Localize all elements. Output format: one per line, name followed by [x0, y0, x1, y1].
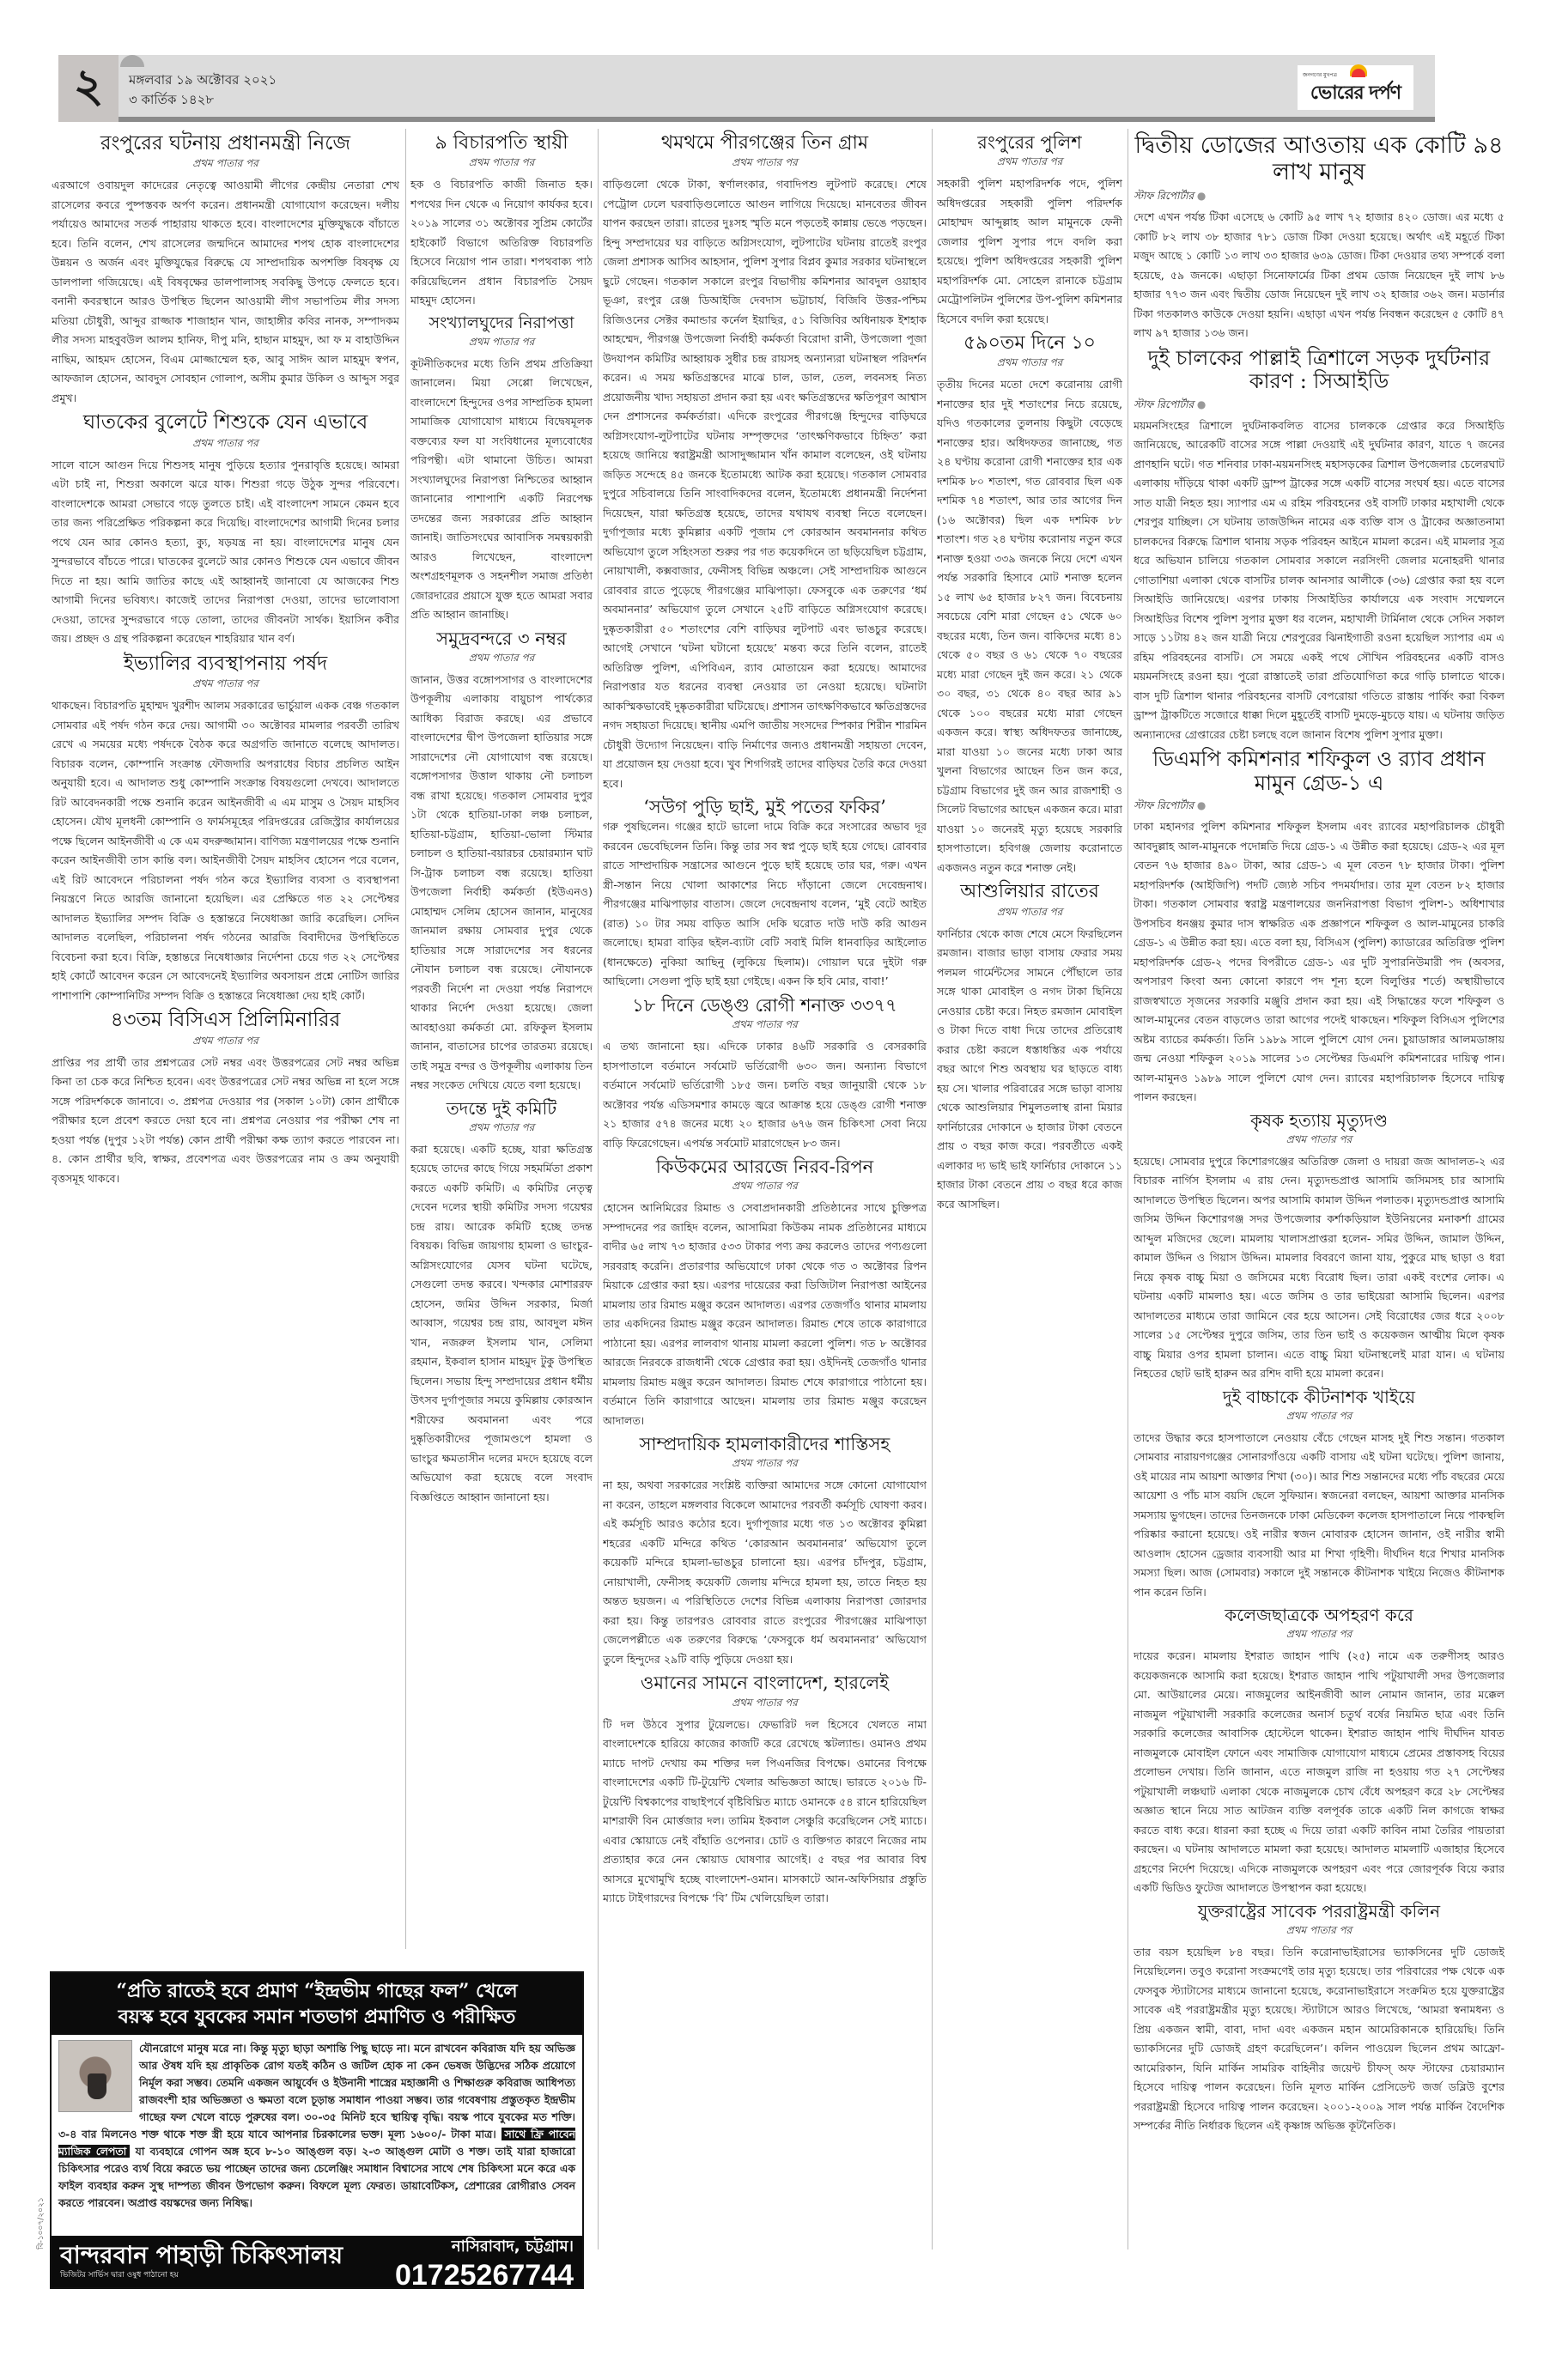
ad-clinic-name: বান্দরবান পাহাড়ী চিকিৎসালয় [60, 2243, 343, 2268]
article-body: দেশে এখন পর্যন্ত টিকা এসেছে ৬ কোটি ৯৫ লা… [1134, 208, 1504, 343]
headline[interactable]: সাম্প্রদায়িক হামলাকারীদের শাস্তিসহ [603, 1434, 927, 1454]
logo-name: ভোরের দর্পণ [1310, 78, 1401, 110]
continued-label: প্রথম পাতার পর [1134, 1409, 1504, 1426]
article-body: প্রাপ্তির পর প্রার্থী তার প্রশ্নপত্রের স… [52, 1053, 399, 1189]
newspaper-logo[interactable]: জনগণের মুখপত্র ভোরের দর্পণ [1298, 65, 1413, 110]
headline[interactable]: সংখ্যালঘুদের নিরাপত্তা [410, 314, 593, 333]
article-body: হয়েছে। সোমবার দুপুরে কিশোরগঞ্জের অতিরিক… [1134, 1152, 1504, 1384]
page-curl-decoration [120, 55, 144, 67]
ad-location: নাসিরাবাদ, চট্টগ্রাম। [395, 2234, 574, 2261]
article-body: ফার্নিচার থেকে কাজ শেষে মেসে ফিরছিলেন রম… [937, 925, 1122, 1215]
headline[interactable]: থমথমে পীরগঞ্জের তিন গ্রাম [603, 132, 927, 154]
continued-label: প্রথম পাতার পর [52, 156, 399, 173]
ad-clinic-subtitle: ভিজিটর সার্ভিস দ্বারা ওষুধ পাঠানো হয় [60, 2268, 343, 2281]
article-colin-powell[interactable]: যুক্তরাষ্ট্রের সাবেক পররাষ্ট্রমন্ত্রী কল… [1134, 1902, 1504, 2136]
article-body: কূটনীতিকদের মধ্যে তিনি প্রথম প্রতিক্রিয়… [410, 355, 593, 625]
article-body: জানান, উত্তর বঙ্গোপসাগর ও বাংলাদেশের উপক… [410, 671, 593, 1096]
headline[interactable]: ইভ্যালির ব্যবস্থাপনায় পর্ষদ [52, 653, 399, 675]
article-poison[interactable]: দুই বাচ্চাকে কীটনাশক খাইয়ে প্রথম পাতার … [1134, 1387, 1504, 1603]
article-qcoom[interactable]: কিউকমের আরজে নিরব-রিপন প্রথম পাতার পর হো… [603, 1157, 927, 1430]
article-body: থাকছেন। বিচারপতি মুহাম্মদ খুরশীদ আলম সরক… [52, 696, 399, 1005]
article-trishal[interactable]: দুই চালকের পাল্লাই ত্রিশালে সড়ক দুর্ঘটন… [1134, 347, 1504, 745]
ad-code: বি-১০০৭/২০২১ [34, 2197, 47, 2249]
article-bcs43[interactable]: ৪৩তম বিসিএস প্রিলিমিনারির প্রথম পাতার পর… [52, 1009, 399, 1188]
continued-label: প্রথম পাতার পর [937, 355, 1122, 373]
article-body: ঢাকা মহানগর পুলিশ কমিশনার শফিকুল ইসলাম এ… [1134, 817, 1504, 1108]
article-ashulia[interactable]: আশুলিয়ার রাতের প্রথম পাতার পর ফার্নিচার… [937, 881, 1122, 1214]
column-right: দ্বিতীয় ডোজের আওতায় এক কোটি ৯৪ লাখ মান… [1134, 129, 1504, 2249]
article-body: সালে বাসে আগুন দিয়ে শিশুসহ মানুষ পুড়িয… [52, 456, 399, 649]
article-body: এরআগে ওবায়দুল কাদেরের নেতৃত্বে আওয়ামী … [52, 176, 399, 408]
article-body: বাড়িগুলো থেকে টাকা, স্বর্ণালংকার, গবাদি… [603, 175, 927, 793]
article-soug[interactable]: ‘সউগ পুড়ি ছাই, মুই পতের ফকির’ গরু পুষছি… [603, 797, 927, 992]
headline[interactable]: ঘাতকের বুলেটে শিশুকে যেন এভাবে [52, 411, 399, 434]
column-divider [405, 129, 406, 1949]
article-pm-rangpur[interactable]: রংপুরের ঘটনায় প্রধানমন্ত্রী নিজে প্রথম … [52, 132, 399, 408]
masthead: ২ মঙ্গলবার ১৯ অক্টোবর ২০২১ ৩ কার্তিক ১৪২… [58, 55, 1435, 122]
article-body: তৃতীয় দিনের মতো দেশে করোনায় রোগী শনাক্… [937, 375, 1122, 877]
article-body: তার বয়স হয়েছিল ৮৪ বছর। তিনি করোনাভাইরা… [1134, 1943, 1504, 2136]
issue-dates: মঙ্গলবার ১৯ অক্টোবর ২০২১ ৩ কার্তিক ১৪২৮ [129, 70, 277, 110]
ad-body: যৌনরোগে মানুষ মরে না। কিন্তু মৃত্যু ছাড়… [52, 2035, 582, 2217]
advertisement[interactable]: “প্রতি রাতেই হবে প্রমাণ “ইন্দ্রভীম গাছের… [50, 1971, 584, 2289]
headline[interactable]: তদন্তে দুই কমিটি [410, 1099, 593, 1119]
continued-label: প্রথম পাতার পর [1134, 1132, 1504, 1150]
date-bengali: ৩ কার্তিক ১৪২৮ [129, 90, 277, 110]
headline[interactable]: ৯ বিচারপতি স্থায়ী [410, 132, 593, 154]
article-minority[interactable]: সংখ্যালঘুদের নিরাপত্তা প্রথম পাতার পর কূ… [410, 314, 593, 625]
continued-label: প্রথম পাতার পর [937, 155, 1122, 172]
article-rangpur-police[interactable]: রংপুরের পুলিশ প্রথম পাতার পর সহকারী পুলি… [937, 132, 1122, 329]
continued-label: প্রথম পাতার পর [410, 1120, 593, 1138]
continued-label: প্রথম পাতার পর [603, 1017, 927, 1035]
continued-label: প্রথম পাতার পর [937, 905, 1122, 922]
article-communal[interactable]: সাম্প্রদায়িক হামলাকারীদের শাস্তিসহ প্রথ… [603, 1434, 927, 1669]
headline[interactable]: যুক্তরাষ্ট্রের সাবেক পররাষ্ট্রমন্ত্রী কল… [1134, 1902, 1504, 1922]
column-divider [598, 129, 599, 2249]
headline[interactable]: ৪৩তম বিসিএস প্রিলিমিনারির [52, 1009, 399, 1031]
headline[interactable]: কৃষক হত্যায় মৃত্যুদণ্ড [1134, 1111, 1504, 1131]
logo-tagline: জনগণের মুখপত্র [1303, 70, 1337, 80]
article-seaport[interactable]: সমুদ্রবন্দরে ৩ নম্বর প্রথম পাতার পর জানা… [410, 628, 593, 1096]
article-body: ময়মনসিংহের ত্রিশালে দুর্ঘটনাকবলিত বাসের… [1134, 416, 1504, 745]
continued-label: প্রথম পাতার পর [1134, 1627, 1504, 1644]
continued-label: প্রথম পাতার পর [603, 1179, 927, 1196]
ad-portrait-image [58, 2040, 132, 2112]
ad-text-continued: যা ব্যবহারে গোপন অঙ্গ হবে ৮-১০ আঙ্গুল বড… [58, 2145, 575, 2209]
headline[interactable]: ৫৯০তম দিনে ১০ [937, 332, 1122, 354]
continued-label: প্রথম পাতার পর [603, 1456, 927, 1473]
article-body: সহকারী পুলিশ মহাপরিদর্শক পদে, পুলিশ অধিদ… [937, 174, 1122, 329]
continued-label: প্রথম পাতার পর [410, 335, 593, 352]
article-farmer-murder[interactable]: কৃষক হত্যায় মৃত্যুদণ্ড প্রথম পাতার পর হ… [1134, 1111, 1504, 1384]
continued-label: প্রথম পাতার পর [52, 436, 399, 453]
byline: স্টাফ রিপোর্টার [1134, 189, 1504, 206]
article-evaly[interactable]: ইভ্যালির ব্যবস্থাপনায় পর্ষদ প্রথম পাতার… [52, 653, 399, 1005]
headline[interactable]: কলেজছাত্রকে অপহরণ করে [1134, 1606, 1504, 1625]
article-dengue[interactable]: ১৮ দিনে ডেঙ্গু রোগী শনাক্ত ৩৩৭৭ প্রথম পা… [603, 995, 927, 1153]
headline[interactable]: ডিএমপি কমিশনার শফিকুল ও র‌্যাব প্রধান মা… [1134, 748, 1504, 795]
article-dmp-rab[interactable]: ডিএমপি কমিশনার শফিকুল ও র‌্যাব প্রধান মা… [1134, 748, 1504, 1108]
ad-phone-number[interactable]: 01725267744 [395, 2261, 574, 2290]
headline[interactable]: সমুদ্রবন্দরে ৩ নম্বর [410, 628, 593, 649]
column-left: রংপুরের ঘটনায় প্রধানমন্ত্রী নিজে প্রথম … [52, 129, 399, 1966]
article-body: না হয়, অথবা সরকারের সংশ্লিষ্ট ব্যক্তিরা… [603, 1476, 927, 1669]
article-body: টি দল উঠবে সুপার টুয়েলভে। ফেভারিট দল হি… [603, 1715, 927, 1909]
continued-label: প্রথম পাতার পর [603, 155, 927, 173]
column-divider [1128, 129, 1128, 2249]
headline[interactable]: ‘সউগ পুড়ি ছাই, মুই পতের ফকির’ [603, 797, 927, 817]
article-body: তাদের উদ্ধার করে হাসপাতালে নেওয়ায় বেঁচ… [1134, 1429, 1504, 1603]
sun-icon [1352, 69, 1365, 77]
headline[interactable]: রংপুরের ঘটনায় প্রধানমন্ত্রী নিজে [52, 132, 399, 155]
continued-label: প্রথম পাতার পর [410, 155, 593, 173]
headline[interactable]: ওমানের সামনে বাংলাদেশ, হারলেই [603, 1673, 927, 1693]
continued-label: প্রথম পাতার পর [603, 1696, 927, 1713]
article-body: গরু পুষছিলেন। গঞ্জের হাটে ভালো দামে বিক্… [603, 817, 927, 992]
page-number: ২ [58, 55, 119, 122]
headline[interactable]: রংপুরের পুলিশ [937, 132, 1122, 153]
headline[interactable]: ১৮ দিনে ডেঙ্গু রোগী শনাক্ত ৩৩৭৭ [603, 995, 927, 1016]
continued-label: প্রথম পাতার পর [410, 651, 593, 668]
headline[interactable]: দ্বিতীয় ডোজের আওতায় এক কোটি ৯৪ লাখ মান… [1134, 132, 1504, 185]
article-body: দায়ের করেন। মামলায় ইশরাত জাহান পাখি (২… [1134, 1647, 1504, 1898]
article-child-bullet[interactable]: ঘাতকের বুলেটে শিশুকে যেন এভাবে প্রথম পাত… [52, 411, 399, 648]
headline[interactable]: কিউকমের আরজে নিরব-রিপন [603, 1157, 927, 1177]
article-two-committees[interactable]: তদন্তে দুই কমিটি প্রথম পাতার পর করা হয়ে… [410, 1099, 593, 1508]
continued-label: প্রথম পাতার পর [52, 1034, 399, 1051]
article-body: হক ও বিচারপতি কাজী জিনাত হক। শপথের দিন থ… [410, 175, 593, 311]
ad-text: যৌনরোগে মানুষ মরে না। কিন্তু মৃত্যু ছাড়… [58, 2042, 575, 2140]
column-divider [932, 129, 933, 2249]
column-4: রংপুরের পুলিশ প্রথম পাতার পর সহকারী পুলি… [937, 129, 1122, 2249]
article-body: এ তথ্য জানানো হয়। এদিকে ঢাকার ৪৬টি সরকা… [603, 1037, 927, 1153]
headline[interactable]: আশুলিয়ার রাতের [937, 881, 1122, 902]
article-judges[interactable]: ৯ বিচারপতি স্থায়ী প্রথম পাতার পর হক ও ব… [410, 132, 593, 311]
article-body: করা হয়েছে। একটি হচ্ছে, যারা ক্ষতিগ্রস্ত… [410, 1140, 593, 1508]
article-body: হোসেন আনিমিরের রিমান্ড ও সেবাপ্রদানকারী … [603, 1199, 927, 1430]
ad-headline-line2: বয়স্ক হবে যুবকের সমান শতভাগ প্রমাণিত ও … [55, 2004, 579, 2030]
ad-headline: “প্রতি রাতেই হবে প্রমাণ “ইন্দ্রভীম গাছের… [52, 1973, 582, 2035]
article-vaccine[interactable]: দ্বিতীয় ডোজের আওতায় এক কোটি ৯৪ লাখ মান… [1134, 132, 1504, 343]
date-gregorian: মঙ্গলবার ১৯ অক্টোবর ২০২১ [129, 70, 277, 90]
ad-headline-line1: “প্রতি রাতেই হবে প্রমাণ “ইন্দ্রভীম গাছের… [55, 1978, 579, 2004]
article-oman[interactable]: ওমানের সামনে বাংলাদেশ, হারলেই প্রথম পাতা… [603, 1673, 927, 1908]
column-center: থমথমে পীরগঞ্জের তিন গ্রাম প্রথম পাতার পর… [603, 129, 927, 2249]
article-pirganj[interactable]: থমথমে পীরগঞ্জের তিন গ্রাম প্রথম পাতার পর… [603, 132, 927, 793]
column-2: ৯ বিচারপতি স্থায়ী প্রথম পাতার পর হক ও ব… [410, 129, 593, 1966]
byline: স্টাফ রিপোর্টার [1134, 398, 1504, 415]
headline[interactable]: দুই চালকের পাল্লাই ত্রিশালে সড়ক দুর্ঘটন… [1134, 347, 1504, 394]
article-corona-590[interactable]: ৫৯০তম দিনে ১০ প্রথম পাতার পর তৃতীয় দিনে… [937, 332, 1122, 877]
ad-footer: বান্দরবান পাহাড়ী চিকিৎসালয় ভিজিটর সার্… [52, 2236, 582, 2287]
headline[interactable]: দুই বাচ্চাকে কীটনাশক খাইয়ে [1134, 1387, 1504, 1407]
article-student-abduction[interactable]: কলেজছাত্রকে অপহরণ করে প্রথম পাতার পর দায… [1134, 1606, 1504, 1898]
continued-label: প্রথম পাতার পর [1134, 1923, 1504, 1940]
continued-label: প্রথম পাতার পর [52, 677, 399, 694]
byline: স্টাফ রিপোর্টার [1134, 798, 1504, 816]
